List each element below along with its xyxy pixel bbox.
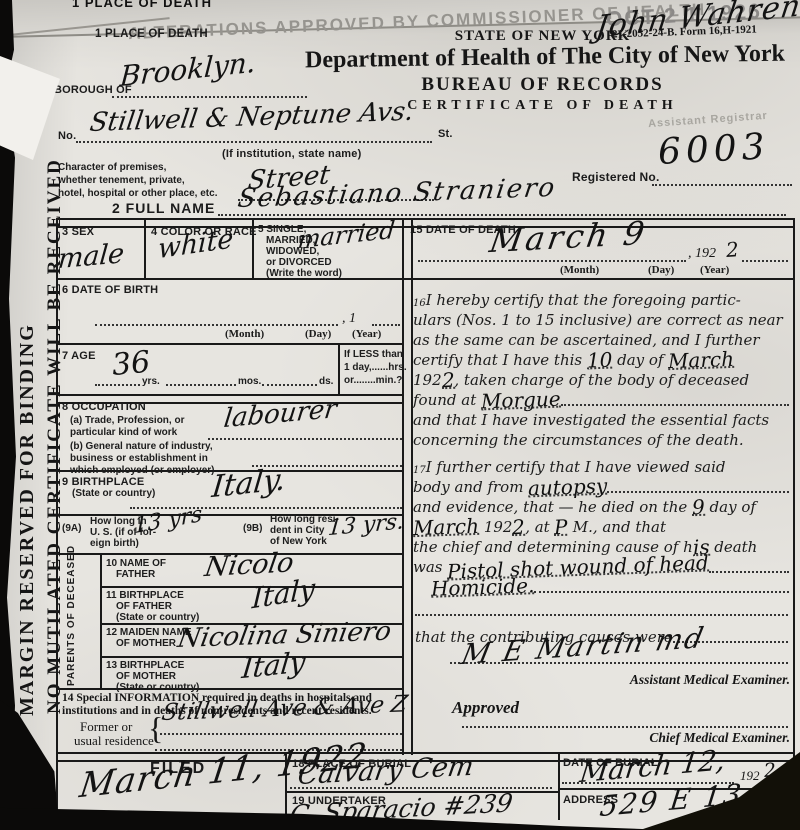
margin-binding-text: MARGIN RESERVED FOR BINDING xyxy=(16,296,39,716)
less-than-box-divider xyxy=(338,343,340,394)
p16-line-1: I hereby certify that the foregoing part… xyxy=(426,291,741,309)
occupation-b-label-2: business or establishment in xyxy=(70,453,208,464)
occupation-a-label-2: particular kind of work xyxy=(70,427,177,438)
p17-line-2a: body and from xyxy=(413,478,528,496)
p17-ampm-value: P xyxy=(554,521,568,536)
age-dots-1 xyxy=(95,384,140,386)
registered-dotted-line xyxy=(652,184,792,186)
us-tag: (9A) xyxy=(62,523,81,534)
certify-paragraph-16: 16I hereby certify that the foregoing pa… xyxy=(413,289,789,449)
age-yrs-label: yrs. xyxy=(142,376,160,387)
occupation-b-label-1: (b) General nature of industry, xyxy=(70,441,213,452)
registered-no-value: 6003 xyxy=(657,126,771,173)
borough-dotted-line xyxy=(112,96,307,98)
p17-line-5b: death xyxy=(709,538,757,556)
dod-year-label: (Year) xyxy=(700,264,729,276)
dob-year-dots xyxy=(372,324,400,326)
p16-line-2: ulars (Nos. 1 to 15 inclusive) are corre… xyxy=(413,311,783,329)
sex-label: 3 SEX xyxy=(62,226,94,238)
p16-day-value: 10 xyxy=(587,354,613,370)
birthplace-label: 9 BIRTHPLACE xyxy=(62,476,144,488)
p17-line-4a: 192 xyxy=(479,518,512,536)
rule-below-sex xyxy=(56,278,402,280)
marital-label-4: or DIVORCED xyxy=(266,257,332,268)
assistant-examiner-label: Assistant Medical Examiner. xyxy=(560,672,790,688)
street-dotted-line xyxy=(76,141,432,143)
p17-cause2-value: Homicide. xyxy=(431,579,535,598)
premises-label-3: hotel, hospital or other place, etc. xyxy=(58,188,217,199)
parents-of-deceased-label: PARENTS OF DECEASED xyxy=(66,556,77,686)
father-label-2: FATHER xyxy=(116,569,155,580)
age-ds-label: ds. xyxy=(319,376,333,387)
rule-below-father xyxy=(100,586,402,588)
mother-label-2: OF MOTHER xyxy=(116,638,176,649)
fullname-label: 2 FULL NAME xyxy=(112,200,215,216)
dod-dots xyxy=(418,260,686,262)
mother-bp-label-2: OF MOTHER xyxy=(116,671,176,682)
p17-fill-1 xyxy=(607,491,789,493)
occupation-b-label-3: which employed (or employer) xyxy=(70,465,214,476)
father-label-1: 10 NAME OF xyxy=(106,558,166,569)
age-mos-label: mos. xyxy=(238,376,261,387)
p16-fill-line xyxy=(561,404,789,406)
p17-number: 17 xyxy=(413,466,426,476)
p17-line-4b: , at xyxy=(525,518,554,536)
father-bp-label-2: OF FATHER xyxy=(116,601,172,612)
p16-month-value: March xyxy=(668,353,735,370)
p17-line-4c: M., and that xyxy=(568,518,666,536)
less-than-label-2: 1 day,......hrs. xyxy=(344,362,407,373)
dob-year-label: (Year) xyxy=(352,328,381,340)
p16-line-6a: found at xyxy=(413,391,481,409)
dob-year-prefix: , 1 xyxy=(342,311,356,327)
clipped-top-label-text: 1 PLACE OF DEATH xyxy=(72,0,262,10)
certify-paragraph-17: 17I further certify that I have viewed s… xyxy=(413,456,789,596)
dod-year-printed: , 192 xyxy=(688,246,716,262)
table-right-rule xyxy=(793,218,795,778)
scanned-death-certificate: 1 PLACE OF DEATH ALTERATIONS APPROVED BY… xyxy=(0,0,800,830)
p17-day-value: 9 xyxy=(692,501,705,516)
bureau-line: BUREAU OF RECORDS xyxy=(320,74,765,96)
nyc-label-3: of New York xyxy=(270,536,327,547)
parents-divider xyxy=(100,553,102,688)
st-label: St. xyxy=(438,128,453,140)
less-than-label-1: If LESS than xyxy=(344,349,403,360)
table-left-rule xyxy=(56,218,58,818)
p17-fill-3 xyxy=(534,591,789,593)
marital-label-5: (Write the word) xyxy=(266,268,342,279)
age-dots-3 xyxy=(262,384,317,386)
dod-month-label: (Month) xyxy=(560,264,599,276)
registered-no-label: Registered No. xyxy=(572,170,660,184)
clipped-top-label: 1 PLACE OF DEATH xyxy=(72,0,262,11)
chief-examiner-label: Chief Medical Examiner. xyxy=(555,730,790,746)
dod-year-hw: 2 xyxy=(725,237,739,262)
p17-line-1: I further certify that I have viewed sai… xyxy=(426,458,726,476)
occupation-a-label-1: (a) Trade, Profession, or xyxy=(70,415,184,426)
p17-line-3b: day of xyxy=(705,498,756,516)
nyc-tag: (9B) xyxy=(243,523,262,534)
occupation-label: 8 OCCUPATION xyxy=(62,401,146,413)
p17-evidence-value: autopsy xyxy=(528,480,608,498)
street-no-label: No. xyxy=(58,130,76,142)
father-bp-label-1: 11 BIRTHPLACE xyxy=(106,590,184,601)
age-dots-2 xyxy=(166,384,236,386)
birthplace-sub-label: (State or country) xyxy=(72,488,155,499)
p16-line-5b: , taken charge of the body of deceased xyxy=(454,371,749,389)
contributing-dots-top xyxy=(415,614,788,616)
sex-race-divider xyxy=(144,218,146,278)
p17-year-value: 2 xyxy=(512,521,525,536)
mother-bp-value: Italy xyxy=(240,645,307,685)
less-than-label-3: or........min.? xyxy=(344,375,402,386)
p16-line-4a: certify that I have this xyxy=(413,351,587,369)
p17-line-3a: and evidence, that — he died on the xyxy=(413,498,692,516)
mother-bp-label-1: 13 BIRTHPLACE xyxy=(106,660,184,671)
us-label-3: eign birth) xyxy=(90,538,139,549)
father-bp-label-3: (State or country) xyxy=(116,612,199,623)
rule-below-mother-bp xyxy=(56,688,402,690)
p17-line-6a: was xyxy=(413,558,447,576)
residence-dots-1 xyxy=(160,733,402,735)
premises-label-2: whether tenement, private, xyxy=(58,175,185,186)
nyc-label-2: dent in City xyxy=(270,525,324,536)
rule-below-dob xyxy=(56,343,402,345)
place-of-death-label: 1 PLACE OF DEATH xyxy=(95,28,208,40)
p16-line-8: concerning the circumstances of the deat… xyxy=(413,431,744,449)
dod-day-label: (Day) xyxy=(648,264,674,276)
footer-divider-2 xyxy=(558,752,560,820)
approved-label: Approved xyxy=(452,698,519,718)
age-label: 7 AGE xyxy=(62,350,96,362)
dob-day-label: (Day) xyxy=(305,328,331,340)
p16-place-value: Morgue xyxy=(481,393,561,411)
p16-line-4b: day of xyxy=(612,351,668,369)
p17-fill-2 xyxy=(709,571,789,573)
rule-below-dod xyxy=(402,278,793,280)
sex-value: male xyxy=(57,238,126,275)
premises-label-1: Character of premises, xyxy=(58,162,166,173)
dob-dotted-line xyxy=(95,324,338,326)
fullname-dotted-line xyxy=(218,214,786,216)
center-divider xyxy=(402,218,413,755)
p16-line-5a: 192 xyxy=(413,371,442,389)
p17-month-value: March xyxy=(413,520,480,537)
p16-year-value: 2 xyxy=(441,374,454,389)
institution-note: (If institution, state name) xyxy=(222,148,361,160)
p16-number: 16 xyxy=(413,299,426,309)
dod-year-dots xyxy=(742,260,788,262)
dob-label: 6 DATE OF BIRTH xyxy=(62,284,158,296)
residence-label-2: usual residence xyxy=(74,733,154,749)
dob-month-label: (Month) xyxy=(225,328,264,340)
p16-line-7: and that I have investigated the essenti… xyxy=(413,411,769,429)
occupation-a-dots xyxy=(208,438,402,440)
p16-line-3: as the same can be ascertained, and I fu… xyxy=(413,331,760,349)
approved-dots xyxy=(462,726,788,728)
